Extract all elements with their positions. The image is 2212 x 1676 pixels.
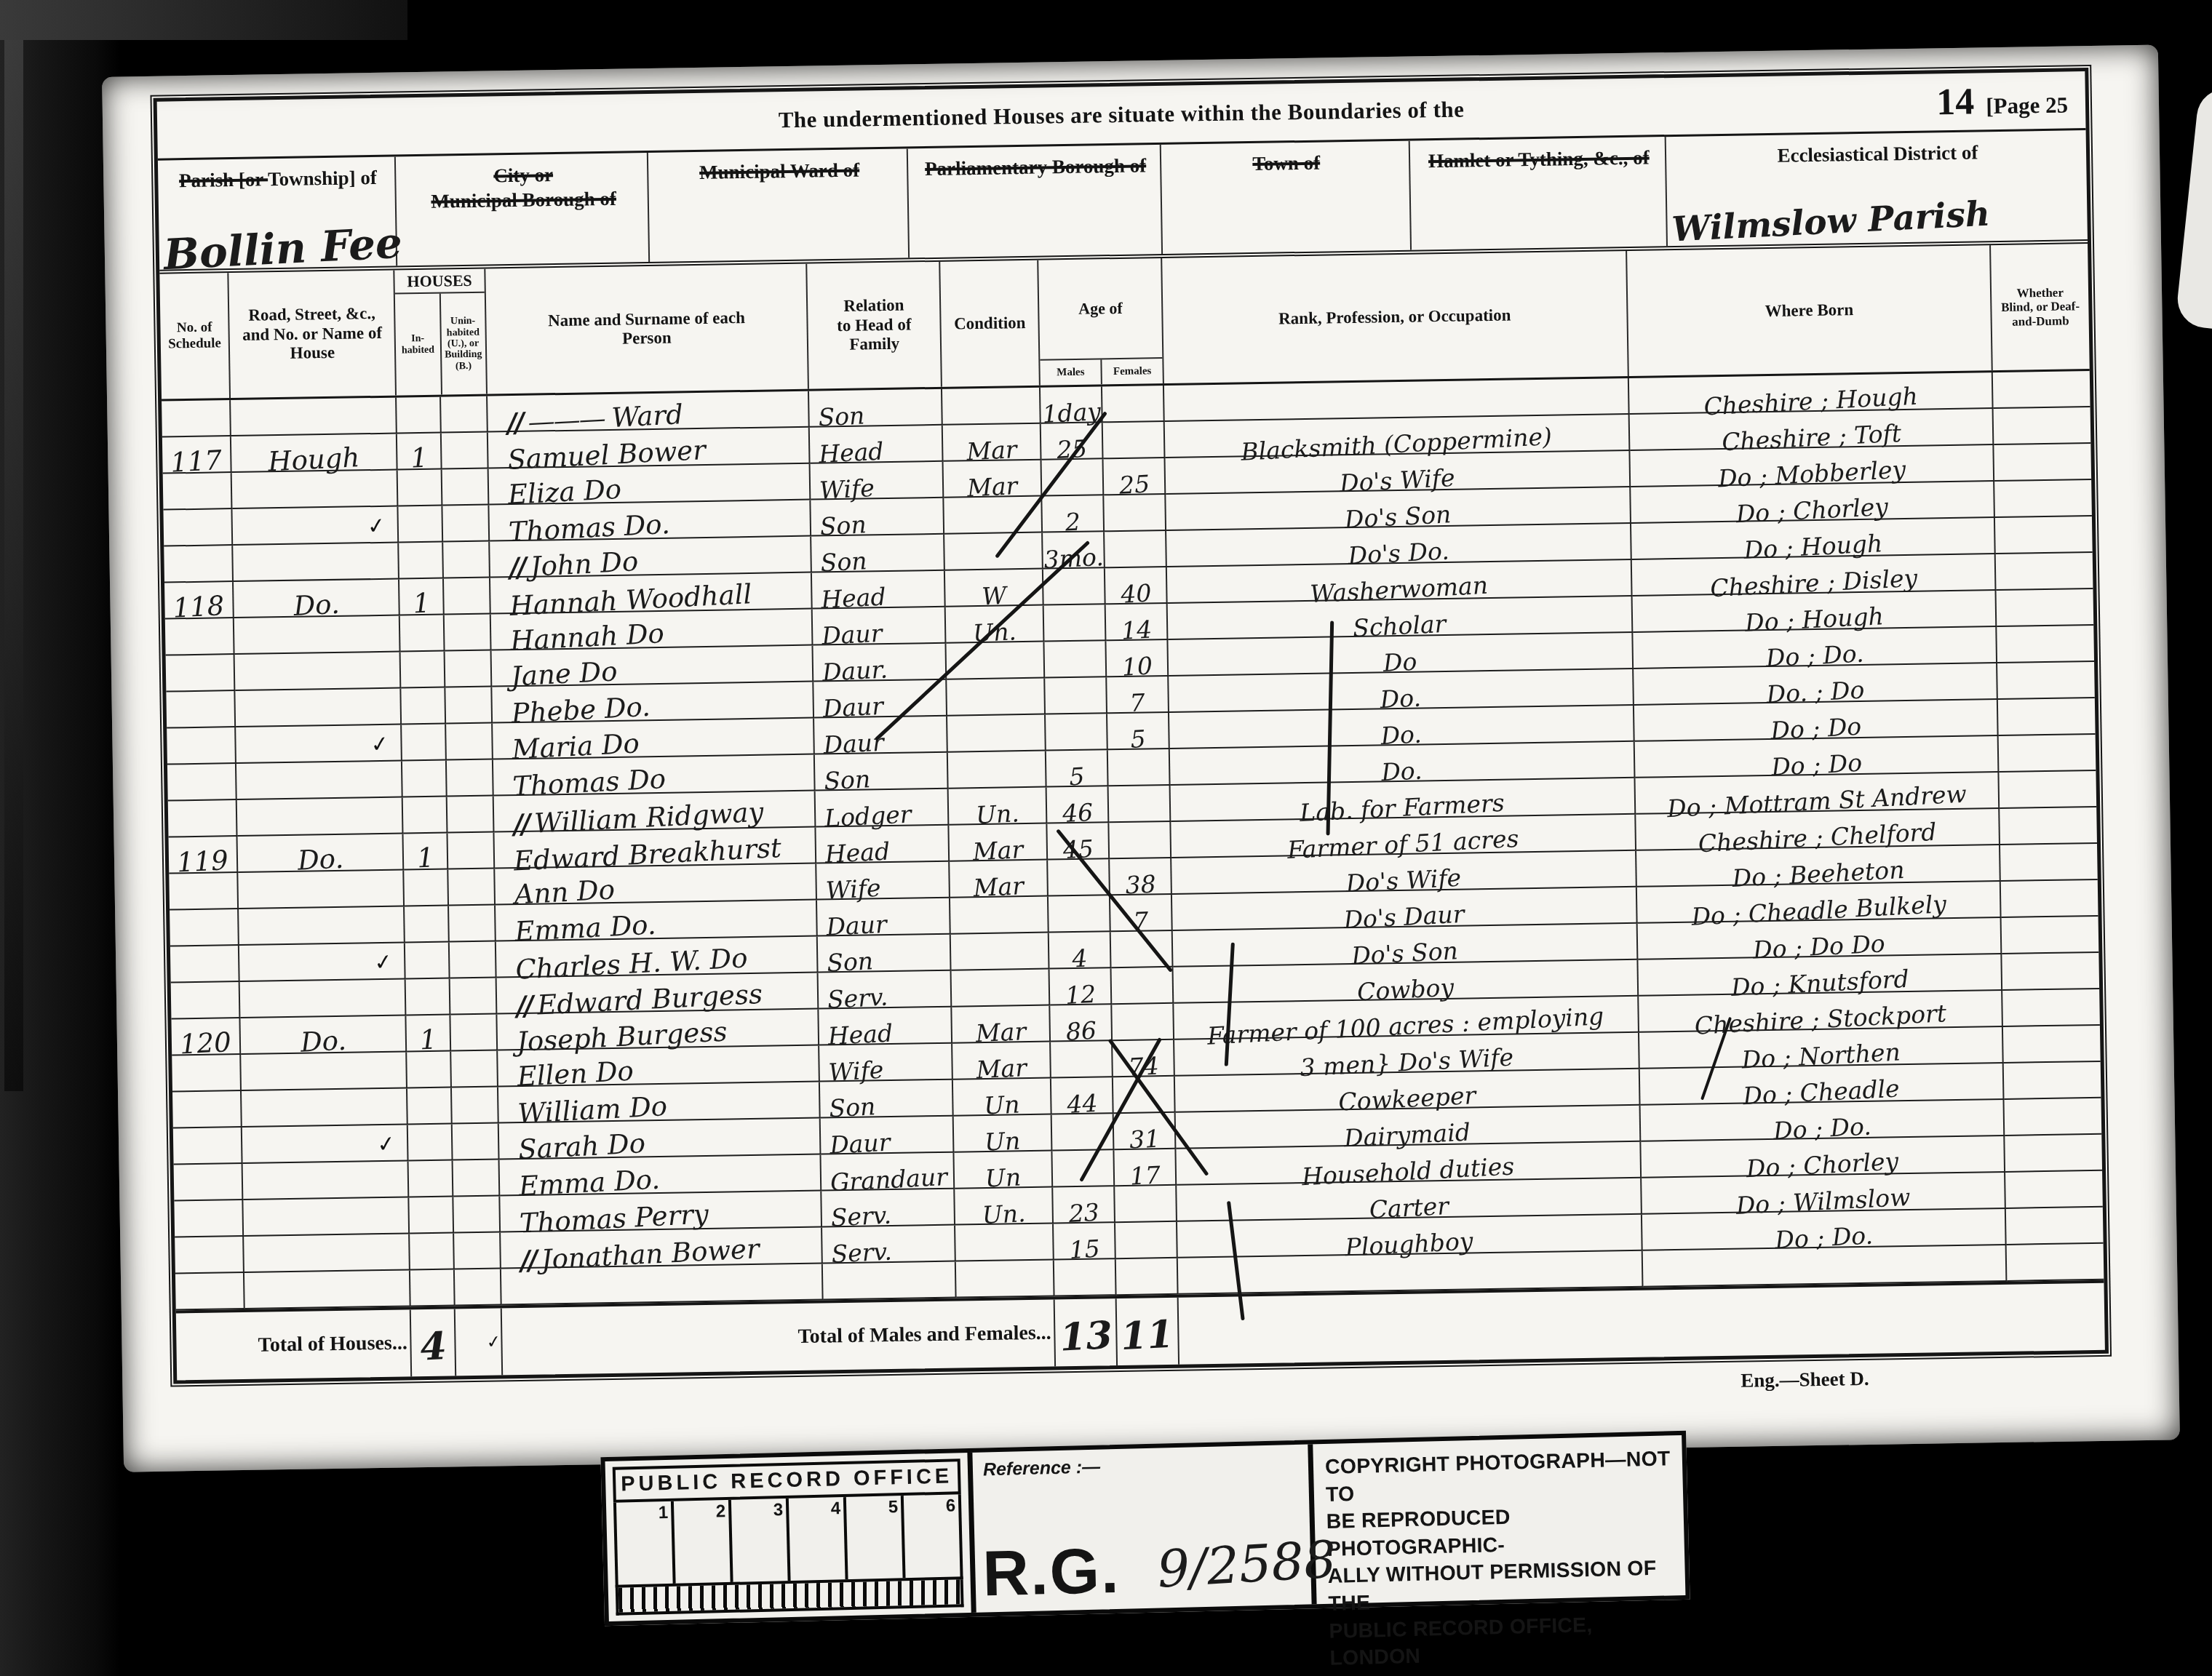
cell-blind [2006,1208,2103,1245]
cell-schedule [167,764,237,801]
ruler-number: 1 [616,1501,676,1585]
field-label: City or Municipal Borough of [406,161,640,215]
cell-uninhabited [448,833,495,870]
cell-age-female [1102,386,1165,423]
cell-inhabited [408,1124,453,1161]
cell-condition: Mar [943,424,1042,462]
cell-born: Cheshire ; Hough [1628,372,1994,415]
header-field-parish: Parish [or Township] ofBollin Fee [158,157,398,270]
header-field-hamlet: Hamlet or Tything, &c., of [1409,137,1667,250]
cell-blind [2004,1062,2101,1100]
header-field-city-borough: City or Municipal Borough of [396,153,650,266]
cell-road [240,979,407,1018]
cell-inhabited [405,942,450,979]
cell-condition: Un. [946,606,1045,644]
stamp-reference: Reference :— R.G. 9/2588 [972,1444,1316,1612]
cell-blind [1997,589,2093,627]
cell-blind [1994,444,2091,482]
cell-condition: Mar [952,1042,1051,1080]
cell-age-female [1110,822,1172,859]
cell-condition [955,1224,1054,1261]
ruler-number: 5 [846,1496,906,1579]
cell-age-female: 7 [1110,895,1173,932]
header-field-parliamentary-borough: Parliamentary Borough of [908,145,1162,258]
cell-road [231,398,397,437]
cell-schedule [172,1091,242,1128]
cell-road [239,870,405,909]
cell-schedule [165,618,235,655]
cell-age-male [1042,459,1105,496]
page-label: [Page 25 [1986,92,2068,119]
cell-road: ✓ [233,507,399,546]
cell-blind [1998,698,2095,736]
cell-uninhabited [444,578,490,615]
col-relation: Relation to Head of Family [808,262,943,389]
cell-age-male [1049,895,1111,933]
cell-blind [2003,989,2100,1027]
cell-age-male: 3mo. [1043,532,1105,569]
cell-schedule [163,473,233,510]
scanner-top-band [0,0,407,40]
census-sheet: The undermentioned Houses are situate wi… [102,44,2180,1472]
cell-blind [2005,1135,2102,1173]
cell-uninhabited [448,869,495,906]
cell-blind [1999,735,2096,773]
cell-road [236,761,403,800]
copyright-line: BE REPRODUCED PHOTOGRAPHIC- [1326,1500,1677,1563]
cell-uninhabited [454,1196,501,1233]
cell-road: Do. [241,1015,407,1055]
cell-inhabited [402,725,447,762]
cell-uninhabited [446,687,493,725]
cell-inhabited [399,506,444,543]
total-houses-label: Total of Houses... [176,1309,413,1380]
cell-road: ✓ [236,725,403,764]
cell-schedule [174,1164,244,1201]
cell-uninhabited [445,651,492,688]
cell-age-female: 25 [1104,458,1166,495]
col-born: Where Born [1627,245,1993,376]
cell-road [244,1234,411,1273]
cell-schedule [164,546,234,583]
col-occupation: Rank, Profession, or Occupation [1162,251,1628,383]
cell-age-male [1045,641,1107,678]
col-name: Name and Surname of each Person [485,264,809,394]
cell-condition: W [945,570,1044,607]
field-label: Parliamentary Borough of [918,153,1153,182]
field-label: Parish [or Township] of [168,166,388,193]
field-value: Wilmslow Parish [1671,194,1991,250]
enumerator-check: ✓ [366,513,387,540]
cell-uninhabited [442,433,488,470]
cell-blind [1993,371,2090,409]
page-curl [2175,86,2212,329]
ruler-scale: 123456 [613,1494,963,1588]
cell-blind [1997,626,2094,663]
form-title: The undermentioned Houses are situate wi… [779,96,1465,133]
cell-inhabited [400,615,445,653]
cell-blind [2002,917,2098,954]
cell-age-female: 10 [1107,640,1169,677]
cell-schedule [174,1200,244,1237]
cell-inhabited [403,797,448,834]
cell-inhabited [410,1269,455,1306]
cell-age-female [1116,1258,1179,1296]
cell-road [244,1270,411,1309]
cell-uninhabited [453,1123,499,1160]
cell-schedule [162,400,231,437]
cell-condition [956,1260,1055,1298]
cell-condition: Un [953,1079,1052,1117]
cell-schedule [170,909,239,946]
cell-uninhabited [451,1050,498,1088]
cell-age-male: 2 [1043,495,1105,532]
cell-condition: Un [954,1115,1053,1153]
cell-schedule: 119 [169,837,239,874]
piece-number: 9/2588 [1155,1529,1338,1599]
cell-age-female [1104,495,1166,532]
cell-inhabited [406,978,451,1015]
cell-blind [1994,407,2090,445]
cell-condition [942,388,1041,426]
cell-road [244,1197,410,1237]
cell-uninhabited [441,396,488,434]
cell-blind [1996,553,2093,591]
ruler-number: 4 [789,1497,848,1581]
folio-number: 14 [1936,80,1975,124]
cell-inhabited: 1 [407,1015,452,1052]
cell-inhabited: 1 [399,579,445,616]
cell-inhabited [398,470,443,507]
total-males: 13 [1058,1313,1113,1360]
cell-schedule [168,800,238,837]
cell-blind [2002,953,2099,991]
ruler-number: 2 [674,1500,733,1584]
copyright-line: COPYRIGHT PHOTOGRAPH—NOT TO [1325,1445,1676,1509]
total-females: 11 [1120,1312,1174,1359]
cell-uninhabited [443,542,490,579]
census-form: The undermentioned Houses are situate wi… [154,68,2109,1384]
cell-uninhabited [442,469,489,506]
cell-age-female: 5 [1107,713,1170,750]
cell-road [242,1052,408,1091]
field-label: Town of [1171,150,1401,178]
cell-age-male [1046,714,1108,751]
cell-inhabited [407,1051,452,1088]
cell-condition: Mar [950,824,1049,862]
cell-condition [948,751,1047,789]
cell-blind [2001,880,2098,918]
cell-schedule: 118 [164,582,234,619]
cell-age-male: 12 [1050,968,1113,1005]
cell-inhabited [410,1233,455,1270]
total-houses-value: 4 [419,1324,447,1370]
cell-condition [951,933,1050,971]
cell-road: Do. [238,834,405,873]
cell-inhabited [410,1197,455,1234]
scanner-edge-streak [4,0,23,1091]
scanned-census-page: { "page": { "title": "The undermentioned… [0,0,2212,1676]
cell-road: Do. [234,580,400,619]
cell-blind [2003,1026,2100,1064]
cell-inhabited [399,543,444,580]
cell-blind [2007,1244,2104,1282]
cell-inhabited [397,397,442,434]
cell-road [235,652,402,691]
cell-condition: Mar [944,460,1043,498]
cell-inhabited [405,870,450,907]
cell-age-female [1105,531,1167,568]
cell-uninhabited [447,760,493,797]
cell-uninhabited [452,1087,498,1124]
cell-age-male: 1day [1041,386,1103,423]
cell-condition [947,715,1046,753]
cell-uninhabited [450,941,496,978]
field-label: Municipal Ward of [659,158,899,186]
cell-condition: Mar [952,1006,1051,1044]
cell-age-female: 7 [1107,677,1169,714]
cell-schedule [170,946,240,983]
cell-age-female [1115,1222,1178,1259]
copyright-line: ALLY WITHOUT PERMISSION OF THE [1327,1555,1679,1619]
cell-schedule [166,655,236,692]
total-mf-label: Total of Males and Females... [502,1299,1057,1375]
enumerator-slash-mark: // [515,989,532,1022]
col-schedule: No. of Schedule [159,273,231,399]
field-label: Ecclesiastical District of [1676,139,2080,169]
enumerator-slash-mark: // [506,406,522,439]
cell-road [242,1088,408,1128]
cell-relation: Son [809,389,943,428]
cell-age-female [1112,1004,1174,1041]
cell-age-female [1108,749,1171,786]
table-body: //———WardSon1dayCheshire ; Hough117Hough… [162,371,2104,1310]
cell-age-female: 38 [1110,858,1172,895]
cell-age-female [1112,967,1174,1005]
cell-condition [952,970,1051,1007]
cell-age-male: 44 [1051,1077,1114,1114]
cell-condition: Mar [950,861,1049,898]
cell-road [237,797,404,837]
cell-road [234,616,401,655]
cell-uninhabited [449,905,496,942]
reference-label: Reference :— [983,1452,1299,1481]
cell-age-female: 14 [1106,604,1169,641]
cell-road: ✓ [239,943,406,982]
series-code: R.G. [982,1533,1121,1611]
cell-age-female: 17 [1115,1149,1177,1186]
cell-uninhabited [451,1014,498,1051]
header-field-municipal-ward: Municipal Ward of [648,148,910,262]
cell-age-male: 46 [1047,786,1110,823]
cell-age-male [1054,1259,1117,1296]
cell-road: Hough [231,434,398,474]
cell-age-female [1103,422,1166,459]
enumerator-slash-mark: // [512,807,529,840]
cell-schedule [173,1128,243,1165]
cell-condition: Un. [949,788,1048,826]
pro-stamp: PUBLIC RECORD OFFICE 123456 Reference :—… [600,1431,1690,1626]
copyright-notice: COPYRIGHT PHOTOGRAPH—NOT TOBE REPRODUCED… [1313,1435,1685,1604]
col-condition: Condition [940,260,1041,387]
cell-age-male: 15 [1054,1223,1116,1260]
cell-schedule: 117 [162,436,232,474]
cell-age-male: 5 [1046,750,1109,787]
cell-road [243,1161,410,1200]
cell-age-male [1046,677,1108,714]
cell-condition [944,533,1043,571]
cell-age-male [1044,604,1107,642]
cell-inhabited [402,761,447,798]
cell-blind [1995,516,2092,554]
cell-blind [2000,844,2097,882]
cell-road [234,543,400,583]
enumerator-check: ✓ [375,1131,397,1159]
cell-road: ✓ [242,1125,409,1164]
cell-condition [947,679,1046,717]
cell-age-male [1049,859,1111,896]
header-field-ecclesiastical-district: Ecclesiastical District ofWilmslow Paris… [1666,130,2088,246]
field-label: Hamlet or Tything, &c., of [1420,145,1658,174]
ruler-number: 6 [904,1494,960,1578]
cell-schedule [172,1055,242,1092]
cell-age-male [1053,1150,1115,1187]
cell-blind [2000,807,2097,845]
ruler-number: 3 [731,1499,791,1582]
cell-inhabited [405,906,450,943]
cell-schedule [167,727,236,765]
cell-age-female: 40 [1105,567,1168,604]
cell-inhabited [409,1160,454,1197]
cell-blind [1995,480,2092,518]
cell-uninhabited [450,978,497,1015]
cell-road [239,906,405,946]
cell-inhabited: 1 [397,434,442,471]
col-road: Road, Street, &c., and No. or Name of Ho… [229,271,397,399]
cell-inhabited [402,688,447,725]
copyright-line: PUBLIC RECORD OFFICE, LONDON [1329,1610,1680,1673]
cell-age-female [1109,786,1171,823]
cell-inhabited [407,1088,453,1125]
cell-schedule [175,1237,244,1274]
cell-uninhabited [443,506,490,543]
cell-condition [950,897,1049,935]
cell-uninhabited [455,1269,501,1306]
cell-uninhabited [445,615,491,652]
enumerator-slash-mark: // [520,1244,536,1277]
cell-age-male [1051,1041,1113,1078]
cell-schedule [169,873,239,910]
cell-name: //———Ward [488,391,810,433]
cell-road [232,471,399,510]
enumeration-table: No. of ScheduleRoad, Street, &c., and No… [159,244,2105,1380]
cell-uninhabited [447,797,494,834]
stamp-ruler: PUBLIC RECORD OFFICE 123456 [605,1453,976,1621]
enumerator-slash-mark: // [509,551,525,583]
cell-schedule [166,691,236,728]
cell-uninhabited [454,1232,501,1269]
cell-inhabited: 1 [404,834,449,871]
cell-uninhabited [453,1160,500,1197]
cell-blind [2000,771,2096,809]
cell-schedule: 120 [171,1018,241,1056]
cell-road [236,688,402,727]
page-number: 14 [Page 25 [1936,79,2069,124]
cell-schedule [171,982,241,1019]
header-field-town: Town of [1161,141,1411,254]
cell-age-male: 23 [1054,1186,1116,1224]
col-age-group: Age ofMalesFemales [1039,258,1164,386]
cell-age-male: 86 [1051,1005,1113,1042]
col-blind: Whether Blind, or Deaf- and-Dumb [1991,244,2089,370]
enumerator-check: ✓ [370,731,391,759]
cell-age-female [1115,1186,1177,1223]
cell-blind [2005,1098,2101,1136]
cell-age-male: 4 [1049,932,1112,969]
cell-schedule [163,509,233,546]
cell-condition: Un. [955,1188,1054,1226]
col-houses-group: HOUSESIn- habitedUnin- habited (U.), or … [395,269,488,396]
cell-inhabited [401,652,446,689]
enumerator-check: ✓ [373,949,394,977]
cell-schedule [175,1273,245,1310]
cell-uninhabited [446,724,493,761]
cell-blind [1997,662,2094,700]
cell-condition: Un [955,1152,1054,1189]
cell-blind [2005,1171,2102,1209]
